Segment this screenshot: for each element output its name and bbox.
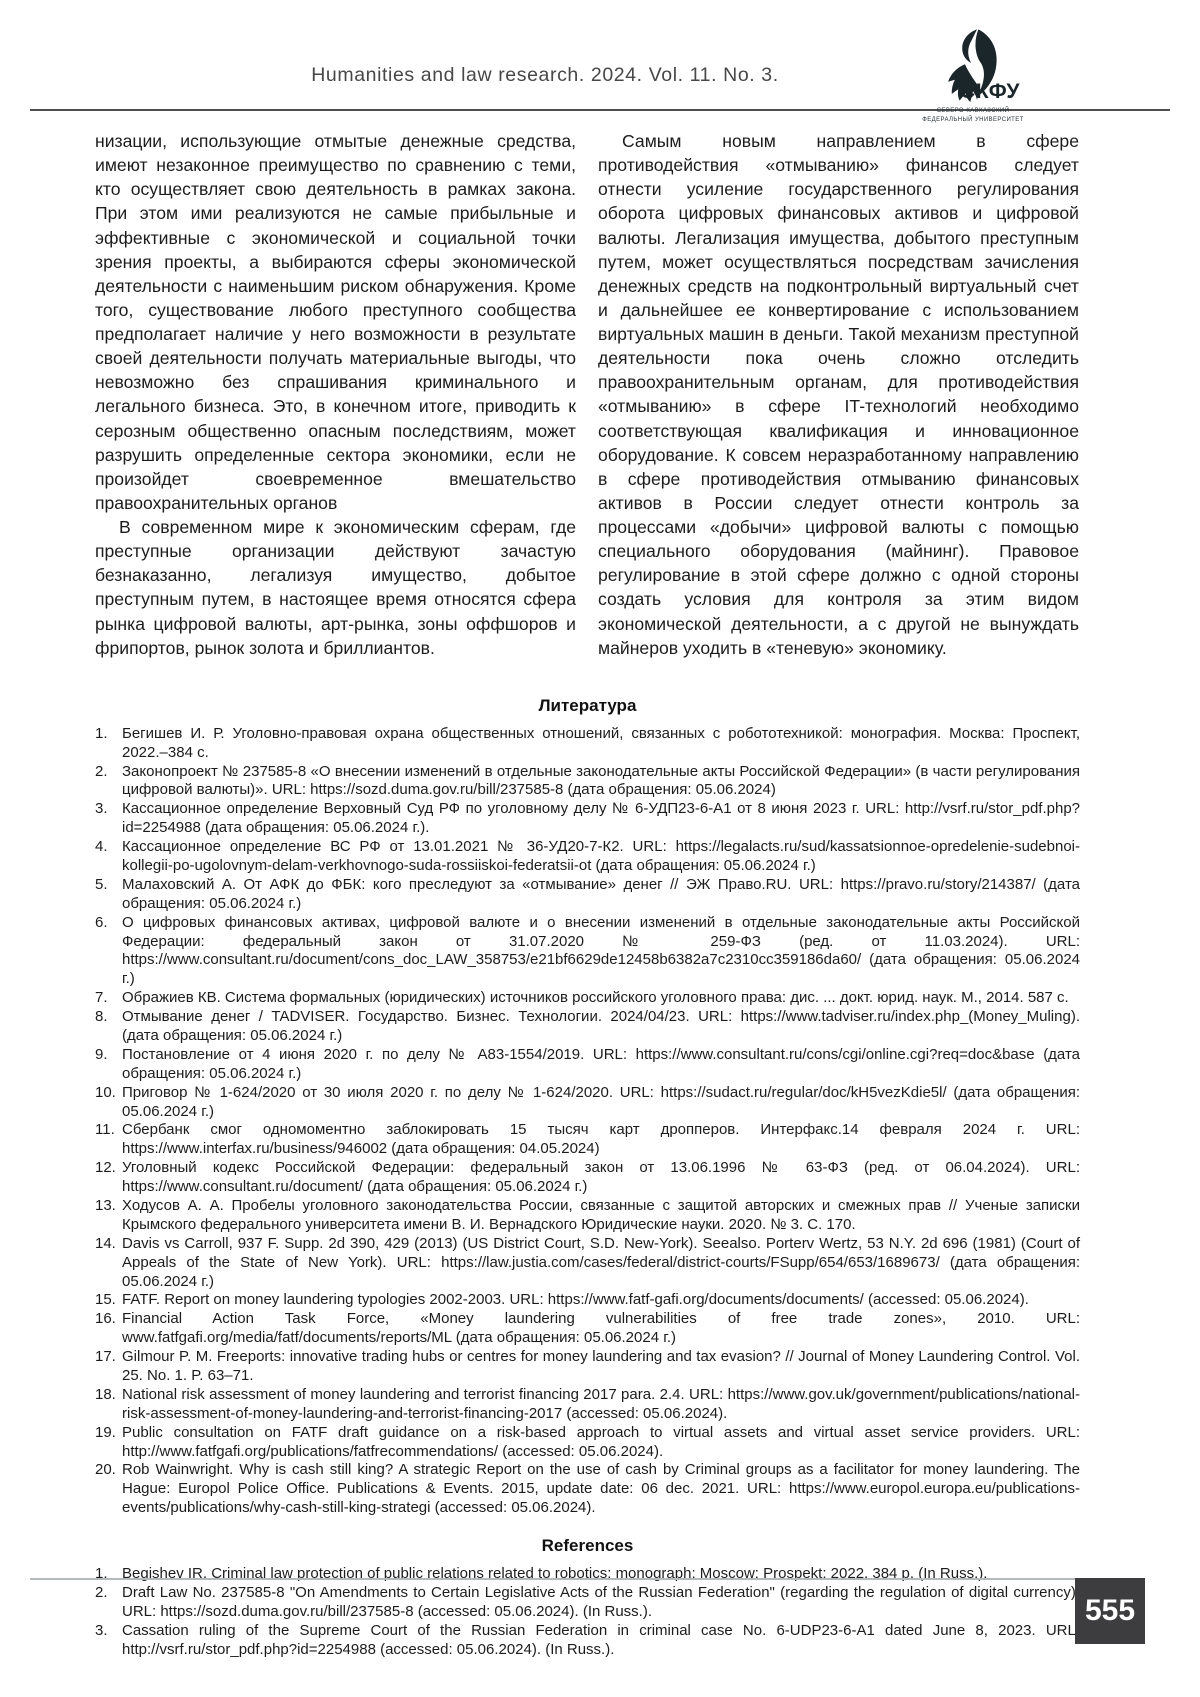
reference-item: 1.Begishev IR. Criminal law protection o… bbox=[95, 1565, 1080, 1584]
item-text: О цифровых финансовых активах, цифровой … bbox=[122, 914, 1080, 990]
literatura-heading: Литература bbox=[95, 696, 1080, 716]
item-text: Financial Action Task Force, «Money laun… bbox=[122, 1310, 1080, 1348]
item-text: Public consultation on FATF draft guidan… bbox=[122, 1424, 1080, 1462]
literatura-item: 2.Законопроект № 237585-8 «О внесении из… bbox=[95, 763, 1080, 801]
item-number: 11. bbox=[95, 1121, 122, 1159]
item-number: 1. bbox=[95, 1565, 122, 1584]
logo-university-line1: СЕВЕРО-КАВКАЗСКИЙ bbox=[910, 107, 1036, 116]
literatura-item: 6.О цифровых финансовых активах, цифрово… bbox=[95, 914, 1080, 990]
reference-item: 3.Cassation ruling of the Supreme Court … bbox=[95, 1622, 1080, 1660]
item-text: National risk assessment of money launde… bbox=[122, 1386, 1080, 1424]
item-number: 14. bbox=[95, 1235, 122, 1292]
reference-item: 2.Draft Law No. 237585-8 "On Amendments … bbox=[95, 1584, 1080, 1622]
item-number: 19. bbox=[95, 1424, 122, 1462]
paragraph: В современном мире к экономическим сфера… bbox=[95, 515, 576, 660]
item-number: 17. bbox=[95, 1348, 122, 1386]
literatura-item: 15.FATF. Report on money laundering typo… bbox=[95, 1291, 1080, 1310]
university-logo: СКФУ СЕВЕРО-КАВКАЗСКИЙ ФЕДЕРАЛЬНЫЙ УНИВЕ… bbox=[910, 28, 1036, 125]
item-text: Rob Wainwright. Why is cash still king? … bbox=[122, 1461, 1080, 1518]
literatura-item: 10.Приговор № 1-624/2020 от 30 июля 2020… bbox=[95, 1084, 1080, 1122]
item-text: Малаховский А. От АФК до ФБК: кого пресл… bbox=[122, 876, 1080, 914]
two-column-text: низации, использующие отмытые денежные с… bbox=[95, 129, 1080, 660]
literatura-item: 11.Сбербанк смог одномоментно заблокиров… bbox=[95, 1121, 1080, 1159]
item-text: Davis vs Carroll, 937 F. Supp. 2d 390, 4… bbox=[122, 1235, 1080, 1292]
item-number: 12. bbox=[95, 1159, 122, 1197]
item-text: Cassation ruling of the Supreme Court of… bbox=[122, 1622, 1080, 1660]
literatura-item: 5.Малаховский А. От АФК до ФБК: кого пре… bbox=[95, 876, 1080, 914]
item-number: 6. bbox=[95, 914, 122, 990]
item-number: 10. bbox=[95, 1084, 122, 1122]
item-text: Кассационное определение ВС РФ от 13.01.… bbox=[122, 838, 1080, 876]
literatura-item: 19.Public consultation on FATF draft gui… bbox=[95, 1424, 1080, 1462]
item-number: 9. bbox=[95, 1046, 122, 1084]
item-text: Законопроект № 237585-8 «О внесении изме… bbox=[122, 763, 1080, 801]
item-number: 13. bbox=[95, 1197, 122, 1235]
item-number: 2. bbox=[95, 763, 122, 801]
item-text: Ображиев КВ. Система формальных (юридиче… bbox=[122, 989, 1080, 1008]
literatura-item: 9.Постановление от 4 июня 2020 г. по дел… bbox=[95, 1046, 1080, 1084]
left-column: низации, использующие отмытые денежные с… bbox=[95, 129, 576, 660]
literatura-item: 14.Davis vs Carroll, 937 F. Supp. 2d 390… bbox=[95, 1235, 1080, 1292]
item-number: 15. bbox=[95, 1291, 122, 1310]
item-number: 2. bbox=[95, 1584, 122, 1622]
logo-university-name: СЕВЕРО-КАВКАЗСКИЙ ФЕДЕРАЛЬНЫЙ УНИВЕРСИТЕ… bbox=[910, 107, 1036, 125]
literatura-item: 20.Rob Wainwright. Why is cash still kin… bbox=[95, 1461, 1080, 1518]
right-column: Самым новым направлением в сфере противо… bbox=[598, 129, 1079, 660]
item-text: Begishev IR. Criminal law protection of … bbox=[122, 1565, 1080, 1584]
item-text: Отмывание денег / TADVISER. Государство.… bbox=[122, 1008, 1080, 1046]
page-header: Humanities and law research. 2024. Vol. … bbox=[0, 0, 1200, 87]
item-text: Ходусов А. А. Пробелы уголовного законод… bbox=[122, 1197, 1080, 1235]
item-number: 8. bbox=[95, 1008, 122, 1046]
literatura-item: 18.National risk assessment of money lau… bbox=[95, 1386, 1080, 1424]
literatura-item: 8.Отмывание денег / TADVISER. Государств… bbox=[95, 1008, 1080, 1046]
literatura-item: 7.Ображиев КВ. Система формальных (юриди… bbox=[95, 989, 1080, 1008]
item-number: 7. bbox=[95, 989, 122, 1008]
item-number: 5. bbox=[95, 876, 122, 914]
item-number: 18. bbox=[95, 1386, 122, 1424]
literatura-item: 1.Бегишев И. Р. Уголовно-правовая охрана… bbox=[95, 725, 1080, 763]
references-heading: References bbox=[95, 1536, 1080, 1556]
item-number: 3. bbox=[95, 1622, 122, 1660]
item-number: 4. bbox=[95, 838, 122, 876]
item-text: Бегишев И. Р. Уголовно-правовая охрана о… bbox=[122, 725, 1080, 763]
item-text: Сбербанк смог одномоментно заблокировать… bbox=[122, 1121, 1080, 1159]
item-number: 20. bbox=[95, 1461, 122, 1518]
item-number: 3. bbox=[95, 800, 122, 838]
page-number-badge: 555 bbox=[1075, 1578, 1145, 1644]
item-text: Постановление от 4 июня 2020 г. по делу … bbox=[122, 1046, 1080, 1084]
item-number: 16. bbox=[95, 1310, 122, 1348]
literatura-list: 1.Бегишев И. Р. Уголовно-правовая охрана… bbox=[95, 725, 1080, 1518]
logo-university-line2: ФЕДЕРАЛЬНЫЙ УНИВЕРСИТЕТ bbox=[910, 116, 1036, 125]
footer-divider bbox=[30, 1578, 1075, 1580]
item-text: Draft Law No. 237585-8 "On Amendments to… bbox=[122, 1584, 1080, 1622]
item-text: Приговор № 1-624/2020 от 30 июля 2020 г.… bbox=[122, 1084, 1080, 1122]
journal-title: Humanities and law research. 2024. Vol. … bbox=[30, 0, 1060, 87]
literatura-item: 12.Уголовный кодекс Российской Федерации… bbox=[95, 1159, 1080, 1197]
paragraph: Самым новым направлением в сфере противо… bbox=[598, 129, 1079, 660]
literatura-item: 13.Ходусов А. А. Пробелы уголовного зако… bbox=[95, 1197, 1080, 1235]
article-body: низации, использующие отмытые денежные с… bbox=[0, 129, 1200, 1660]
item-number: 1. bbox=[95, 725, 122, 763]
item-text: FATF. Report on money laundering typolog… bbox=[122, 1291, 1080, 1310]
literatura-item: 17.Gilmour P. M. Freeports: innovative t… bbox=[95, 1348, 1080, 1386]
journal-page: Humanities and law research. 2024. Vol. … bbox=[0, 0, 1200, 1697]
paragraph-continuation: низации, использующие отмытые денежные с… bbox=[95, 129, 576, 515]
item-text: Gilmour P. M. Freeports: innovative trad… bbox=[122, 1348, 1080, 1386]
item-text: Уголовный кодекс Российской Федерации: ф… bbox=[122, 1159, 1080, 1197]
item-text: Кассационное определение Верховный Суд Р… bbox=[122, 800, 1080, 838]
literatura-item: 3.Кассационное определение Верховный Суд… bbox=[95, 800, 1080, 838]
literatura-item: 16.Financial Action Task Force, «Money l… bbox=[95, 1310, 1080, 1348]
literatura-item: 4.Кассационное определение ВС РФ от 13.0… bbox=[95, 838, 1080, 876]
